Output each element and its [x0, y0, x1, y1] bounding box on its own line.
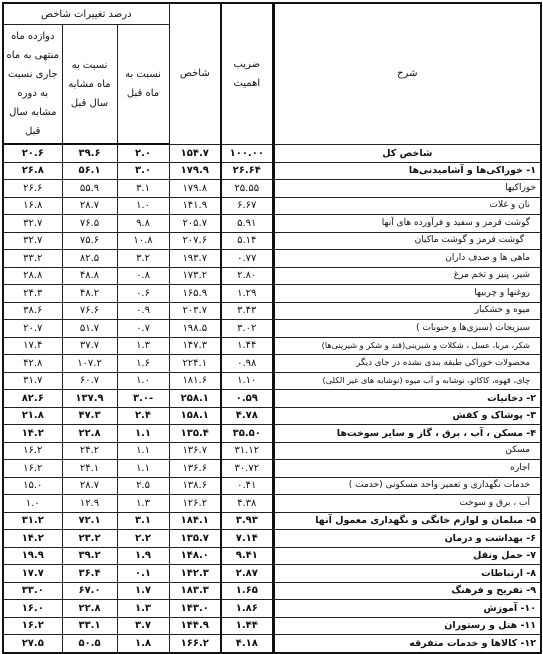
row-description: مسکن	[273, 442, 541, 460]
row-change-twelve: ۱۴.۲	[3, 425, 62, 443]
row-change-year: ۳۳.۱	[62, 617, 117, 635]
table-row: چای، قهوه، کاکائو، نوشابه و آب میوه (نوش…	[3, 372, 541, 390]
table-row: روغنها و چربیها ۱.۲۹ ۱۶۵.۹ ۰.۶ ۴۸.۲ ۲۴.۳	[3, 285, 541, 303]
row-description: شاخص کل	[273, 144, 541, 162]
row-change-month: ۳.۷	[117, 617, 169, 635]
row-index: ۲۲۴.۱	[169, 355, 221, 373]
row-change-month: ۲.۵	[117, 477, 169, 495]
row-index: ۱۳۸.۶	[169, 477, 221, 495]
row-change-year: ۳۹.۶	[62, 144, 117, 162]
row-weight: ۳۱.۱۲	[221, 442, 273, 460]
cpi-table-container: شرح ضریب اهمیت شاخص درصد تغییرات شاخص نس…	[2, 2, 540, 640]
row-change-twelve: ۲۷.۵	[3, 635, 62, 641]
row-change-twelve: ۱۵.۰	[3, 477, 62, 495]
row-index: ۱۴۳.۰	[169, 600, 221, 618]
row-change-year: ۱۳۷.۹	[62, 390, 117, 408]
row-change-month: ۱.۶	[117, 355, 169, 373]
table-row: ۳- پوشاک و کفش ۴.۷۸ ۱۵۸.۱ ۲.۴ ۴۷.۳ ۲۱.۸	[3, 407, 541, 425]
row-description: اجاره	[273, 460, 541, 478]
table-row: ۲- دخانیات ۰.۵۹ ۲۵۸.۱ -۳.۰ ۱۳۷.۹ ۸۲.۶	[3, 390, 541, 408]
row-description: ۱۲- کالاها و خدمات متفرقه	[273, 635, 541, 641]
row-weight: ۴.۳۸	[221, 495, 273, 513]
row-index: ۱۴۸.۰	[169, 547, 221, 565]
row-weight: ۱.۶۵	[221, 582, 273, 600]
row-change-year: ۲۲.۸	[62, 425, 117, 443]
header-change-group: درصد تغییرات شاخص	[3, 3, 169, 25]
header-weight: ضریب اهمیت	[221, 3, 273, 144]
row-change-twelve: ۱۶.۲	[3, 617, 62, 635]
row-change-twelve: ۲۶.۶	[3, 180, 62, 198]
table-row: ۱۲- کالاها و خدمات متفرقه ۴.۱۸ ۱۶۶.۲ ۱.۸…	[3, 635, 541, 641]
row-change-month: ۰.۹	[117, 302, 169, 320]
row-weight: ۳۰.۷۲	[221, 460, 273, 478]
row-weight: ۳.۹۳	[221, 512, 273, 530]
row-change-year: ۱۲.۹	[62, 495, 117, 513]
row-change-month: ۱.۳	[117, 337, 169, 355]
row-change-month: ۱.۹	[117, 547, 169, 565]
table-row: ۹- تفریح و فرهنگ ۱.۶۵ ۱۸۳.۳ ۱.۷ ۶۷.۰ ۳۳.…	[3, 582, 541, 600]
row-change-twelve: ۱۶.۸	[3, 197, 62, 215]
table-row: گوشت قرمز و سفید و فرآورده های آنها ۵.۹۱…	[3, 215, 541, 233]
table-row: خدمات نگهداری و تعمیر واحد مسکونی (خدمت …	[3, 477, 541, 495]
row-change-year: ۵۶.۱	[62, 162, 117, 180]
row-weight: ۰.۵۹	[221, 390, 273, 408]
row-change-twelve: ۱۷.۴	[3, 337, 62, 355]
table-row: ۶- بهداشت و درمان ۷.۱۴ ۱۳۵.۷ ۲.۲ ۲۳.۲ ۱۴…	[3, 530, 541, 548]
row-change-twelve: ۳۲.۷	[3, 232, 62, 250]
row-index: ۱۶۶.۲	[169, 635, 221, 641]
row-change-twelve: ۲۰.۶	[3, 144, 62, 162]
row-description: ۶- بهداشت و درمان	[273, 530, 541, 548]
row-index: ۲۰۳.۷	[169, 302, 221, 320]
row-change-year: ۷۶.۶	[62, 302, 117, 320]
row-change-month: ۳.۲	[117, 250, 169, 268]
row-weight: ۱.۸۶	[221, 600, 273, 618]
row-weight: ۳.۴۳	[221, 302, 273, 320]
row-change-month: ۱.۱	[117, 425, 169, 443]
row-change-month: ۲.۰	[117, 144, 169, 162]
row-description: محصولات خوراکی طبقه بندی نشده در جای دیگ…	[273, 355, 541, 373]
row-change-year: ۸۲.۵	[62, 250, 117, 268]
row-weight: ۴.۱۸	[221, 635, 273, 641]
row-change-twelve: ۲۸.۸	[3, 267, 62, 285]
row-change-month: ۱.۸	[117, 635, 169, 641]
row-index: ۱۷۹.۸	[169, 180, 221, 198]
row-change-year: ۲۳.۲	[62, 530, 117, 548]
row-change-month: ۳.۰	[117, 162, 169, 180]
row-description: نان و غلات	[273, 197, 541, 215]
row-index: ۱۵۸.۱	[169, 407, 221, 425]
row-description: شیر، پنیر و تخم مرغ	[273, 267, 541, 285]
row-description: ۷- حمل ونقل	[273, 547, 541, 565]
row-description: ۹- تفریح و فرهنگ	[273, 582, 541, 600]
row-change-twelve: ۳۸.۶	[3, 302, 62, 320]
row-change-twelve: ۲۴.۳	[3, 285, 62, 303]
row-change-year: ۲۴.۱	[62, 460, 117, 478]
row-description: ۱۰- آموزش	[273, 600, 541, 618]
row-index: ۱۴۴.۹	[169, 617, 221, 635]
table-row: ۴- مسکن ، آب ، برق ، گاز و سایر سوخت‌ها …	[3, 425, 541, 443]
row-description: ۳- پوشاک و کفش	[273, 407, 541, 425]
row-change-year: ۵۵.۹	[62, 180, 117, 198]
row-index: ۲۰۵.۷	[169, 215, 221, 233]
table-row: شاخص کل ۱۰۰.۰۰ ۱۵۴.۷ ۲.۰ ۳۹.۶ ۲۰.۶	[3, 144, 541, 162]
table-row: نان و غلات ۶.۶۷ ۱۴۱.۹ ۱.۰ ۲۸.۷ ۱۶.۸	[3, 197, 541, 215]
table-row: خوراکیها ۲۵.۵۵ ۱۷۹.۸ ۳.۱ ۵۵.۹ ۲۶.۶	[3, 180, 541, 198]
table-row: میوه و خشکبار ۳.۴۳ ۲۰۳.۷ ۰.۹ ۷۶.۶ ۳۸.۶	[3, 302, 541, 320]
row-weight: ۲.۸۰	[221, 267, 273, 285]
row-change-year: ۶۷.۰	[62, 582, 117, 600]
row-change-month: -۳.۰	[117, 390, 169, 408]
row-change-year: ۵۱.۷	[62, 320, 117, 338]
header-description: شرح	[273, 3, 541, 144]
row-change-twelve: ۱.۰	[3, 495, 62, 513]
row-index: ۱۵۴.۷	[169, 144, 221, 162]
row-change-month: ۰.۸	[117, 267, 169, 285]
table-row: سبزیجات (سبزی‌ها و حبوبات ) ۳.۰۲ ۱۹۸.۵ ۰…	[3, 320, 541, 338]
row-description: خدمات نگهداری و تعمیر واحد مسکونی (خدمت …	[273, 477, 541, 495]
row-change-year: ۲۴.۲	[62, 442, 117, 460]
row-index: ۱۴۱.۹	[169, 197, 221, 215]
table-row: شیر، پنیر و تخم مرغ ۲.۸۰ ۱۷۳.۲ ۰.۸ ۴۸.۸ …	[3, 267, 541, 285]
row-weight: ۱.۲۹	[221, 285, 273, 303]
row-index: ۱۲۶.۲	[169, 495, 221, 513]
table-row: شکر، مربا، عسل ، شکلات و شیرینی(قند و شک…	[3, 337, 541, 355]
table-row: ۱۱- هتل و رستوران ۱.۴۴ ۱۴۴.۹ ۳.۷ ۳۳.۱ ۱۶…	[3, 617, 541, 635]
row-weight: ۹.۴۱	[221, 547, 273, 565]
row-change-twelve: ۲۱.۸	[3, 407, 62, 425]
row-description: ۴- مسکن ، آب ، برق ، گاز و سایر سوخت‌ها	[273, 425, 541, 443]
row-description: ۸- ارتباطات	[273, 565, 541, 583]
row-weight: ۷.۱۴	[221, 530, 273, 548]
row-weight: ۱۰۰.۰۰	[221, 144, 273, 162]
row-change-month: ۱.۱	[117, 460, 169, 478]
row-change-twelve: ۱۴.۲	[3, 530, 62, 548]
row-index: ۱۴۲.۳	[169, 565, 221, 583]
table-row: ۱۰- آموزش ۱.۸۶ ۱۴۳.۰ ۱.۳ ۲۲.۸ ۱۶.۰	[3, 600, 541, 618]
row-change-twelve: ۳۱.۷	[3, 372, 62, 390]
row-description: ۲- دخانیات	[273, 390, 541, 408]
row-index: ۱۴۷.۳	[169, 337, 221, 355]
row-change-year: ۴۸.۸	[62, 267, 117, 285]
header-vs-same-month-prev-year: نسبت به ماه مشابه سال قبل	[62, 25, 117, 145]
row-change-month: ۰.۶	[117, 285, 169, 303]
row-weight: ۳.۰۲	[221, 320, 273, 338]
row-description: گوشت قرمز و گوشت ماکیان	[273, 232, 541, 250]
header-vs-prev-month: نسبت به ماه قبل	[117, 25, 169, 145]
row-weight: ۱.۴۴	[221, 337, 273, 355]
row-weight: ۱.۴۴	[221, 617, 273, 635]
row-description: ماهی ها و صدف داران	[273, 250, 541, 268]
table-row: ماهی ها و صدف داران ۰.۷۷ ۱۹۳.۷ ۳.۲ ۸۲.۵ …	[3, 250, 541, 268]
row-change-year: ۷۶.۵	[62, 215, 117, 233]
row-weight: ۳۵.۵۰	[221, 425, 273, 443]
row-description: آب ، برق و سوخت	[273, 495, 541, 513]
row-change-year: ۴۸.۲	[62, 285, 117, 303]
row-description: سبزیجات (سبزی‌ها و حبوبات )	[273, 320, 541, 338]
row-change-year: ۱۰۷.۲	[62, 355, 117, 373]
row-description: روغنها و چربیها	[273, 285, 541, 303]
row-weight: ۴.۷۸	[221, 407, 273, 425]
row-description: شکر، مربا، عسل ، شکلات و شیرینی(قند و شک…	[273, 337, 541, 355]
row-index: ۲۵۸.۱	[169, 390, 221, 408]
row-change-month: ۱۰.۸	[117, 232, 169, 250]
table-row: مسکن ۳۱.۱۲ ۱۳۶.۷ ۱.۱ ۲۴.۲ ۱۶.۲	[3, 442, 541, 460]
row-index: ۱۸۴.۱	[169, 512, 221, 530]
row-index: ۱۳۵.۴	[169, 425, 221, 443]
row-change-twelve: ۴۲.۸	[3, 355, 62, 373]
row-change-year: ۳۷.۷	[62, 337, 117, 355]
row-change-month: ۰.۱	[117, 565, 169, 583]
row-change-month: ۳.۱	[117, 512, 169, 530]
row-change-twelve: ۳۲.۷	[3, 215, 62, 233]
table-row: ۵- مبلمان و لوازم خانگی و نگهداری معمول …	[3, 512, 541, 530]
row-change-year: ۷۲.۱	[62, 512, 117, 530]
row-change-twelve: ۱۶.۲	[3, 442, 62, 460]
row-change-month: ۱.۷	[117, 582, 169, 600]
row-description: ۱- خوراکی‌ها و آشامیدنی‌ها	[273, 162, 541, 180]
header-index: شاخص	[169, 3, 221, 144]
row-change-month: ۱.۳	[117, 495, 169, 513]
row-weight: ۵.۹۱	[221, 215, 273, 233]
row-description: ۵- مبلمان و لوازم خانگی و نگهداری معمول …	[273, 512, 541, 530]
row-change-twelve: ۱۹.۹	[3, 547, 62, 565]
row-weight: ۵.۱۴	[221, 232, 273, 250]
row-change-year: ۲۲.۸	[62, 600, 117, 618]
row-index: ۱۸۳.۳	[169, 582, 221, 600]
row-index: ۱۷۹.۹	[169, 162, 221, 180]
row-change-month: ۱.۳	[117, 600, 169, 618]
row-change-year: ۷۵.۶	[62, 232, 117, 250]
row-index: ۱۶۵.۹	[169, 285, 221, 303]
row-weight: ۲۶.۶۴	[221, 162, 273, 180]
table-row: ۱- خوراکی‌ها و آشامیدنی‌ها ۲۶.۶۴ ۱۷۹.۹ ۳…	[3, 162, 541, 180]
row-description: ۱۱- هتل و رستوران	[273, 617, 541, 635]
row-change-twelve: ۱۶.۲	[3, 460, 62, 478]
row-weight: ۰.۴۱	[221, 477, 273, 495]
row-description: گوشت قرمز و سفید و فرآورده های آنها	[273, 215, 541, 233]
table-row: ۸- ارتباطات ۲.۸۷ ۱۴۲.۳ ۰.۱ ۳۶.۴ ۱۷.۷	[3, 565, 541, 583]
row-index: ۱۹۳.۷	[169, 250, 221, 268]
row-index: ۱۳۵.۷	[169, 530, 221, 548]
row-change-twelve: ۲۰.۷	[3, 320, 62, 338]
row-change-twelve: ۳۳.۰	[3, 582, 62, 600]
row-weight: ۶.۶۷	[221, 197, 273, 215]
row-change-year: ۲۸.۷	[62, 477, 117, 495]
row-change-twelve: ۱۶.۰	[3, 600, 62, 618]
row-weight: ۰.۹۸	[221, 355, 273, 373]
row-change-year: ۳۶.۴	[62, 565, 117, 583]
row-change-month: ۲.۲	[117, 530, 169, 548]
row-change-month: ۰.۷	[117, 320, 169, 338]
row-weight: ۰.۷۷	[221, 250, 273, 268]
row-index: ۱۷۳.۲	[169, 267, 221, 285]
row-change-twelve: ۲۶.۸	[3, 162, 62, 180]
row-change-month: ۱.۰	[117, 372, 169, 390]
table-row: گوشت قرمز و گوشت ماکیان ۵.۱۴ ۲۰۷.۶ ۱۰.۸ …	[3, 232, 541, 250]
row-weight: ۱.۱۰	[221, 372, 273, 390]
row-change-month: ۱.۰	[117, 197, 169, 215]
row-change-year: ۲۸.۷	[62, 197, 117, 215]
row-index: ۱۸۱.۶	[169, 372, 221, 390]
table-row: آب ، برق و سوخت ۴.۳۸ ۱۲۶.۲ ۱.۳ ۱۲.۹ ۱.۰	[3, 495, 541, 513]
row-change-twelve: ۳۳.۲	[3, 250, 62, 268]
row-index: ۱۳۶.۶	[169, 460, 221, 478]
row-change-twelve: ۱۷.۷	[3, 565, 62, 583]
row-weight: ۲.۸۷	[221, 565, 273, 583]
row-change-year: ۶۰.۷	[62, 372, 117, 390]
table-row: اجاره ۳۰.۷۲ ۱۳۶.۶ ۱.۱ ۲۴.۱ ۱۶.۲	[3, 460, 541, 478]
row-change-month: ۹.۸	[117, 215, 169, 233]
row-change-year: ۴۷.۳	[62, 407, 117, 425]
row-change-twelve: ۳۱.۲	[3, 512, 62, 530]
row-change-month: ۱.۱	[117, 442, 169, 460]
row-change-month: ۳.۱	[117, 180, 169, 198]
row-weight: ۲۵.۵۵	[221, 180, 273, 198]
row-change-year: ۵۰.۵	[62, 635, 117, 641]
row-index: ۱۳۶.۷	[169, 442, 221, 460]
row-change-twelve: ۸۲.۶	[3, 390, 62, 408]
header-twelve-month: دوازده ماه منتهی به ماه جاری نسبت به دور…	[3, 25, 62, 145]
row-description: میوه و خشکبار	[273, 302, 541, 320]
row-description: چای، قهوه، کاکائو، نوشابه و آب میوه (نوش…	[273, 372, 541, 390]
row-index: ۱۹۸.۵	[169, 320, 221, 338]
row-change-year: ۳۹.۲	[62, 547, 117, 565]
table-row: محصولات خوراکی طبقه بندی نشده در جای دیگ…	[3, 355, 541, 373]
table-row: ۷- حمل ونقل ۹.۴۱ ۱۴۸.۰ ۱.۹ ۳۹.۲ ۱۹.۹	[3, 547, 541, 565]
cpi-table: شرح ضریب اهمیت شاخص درصد تغییرات شاخص نس…	[2, 2, 542, 640]
row-description: خوراکیها	[273, 180, 541, 198]
row-index: ۲۰۷.۶	[169, 232, 221, 250]
row-change-month: ۲.۴	[117, 407, 169, 425]
